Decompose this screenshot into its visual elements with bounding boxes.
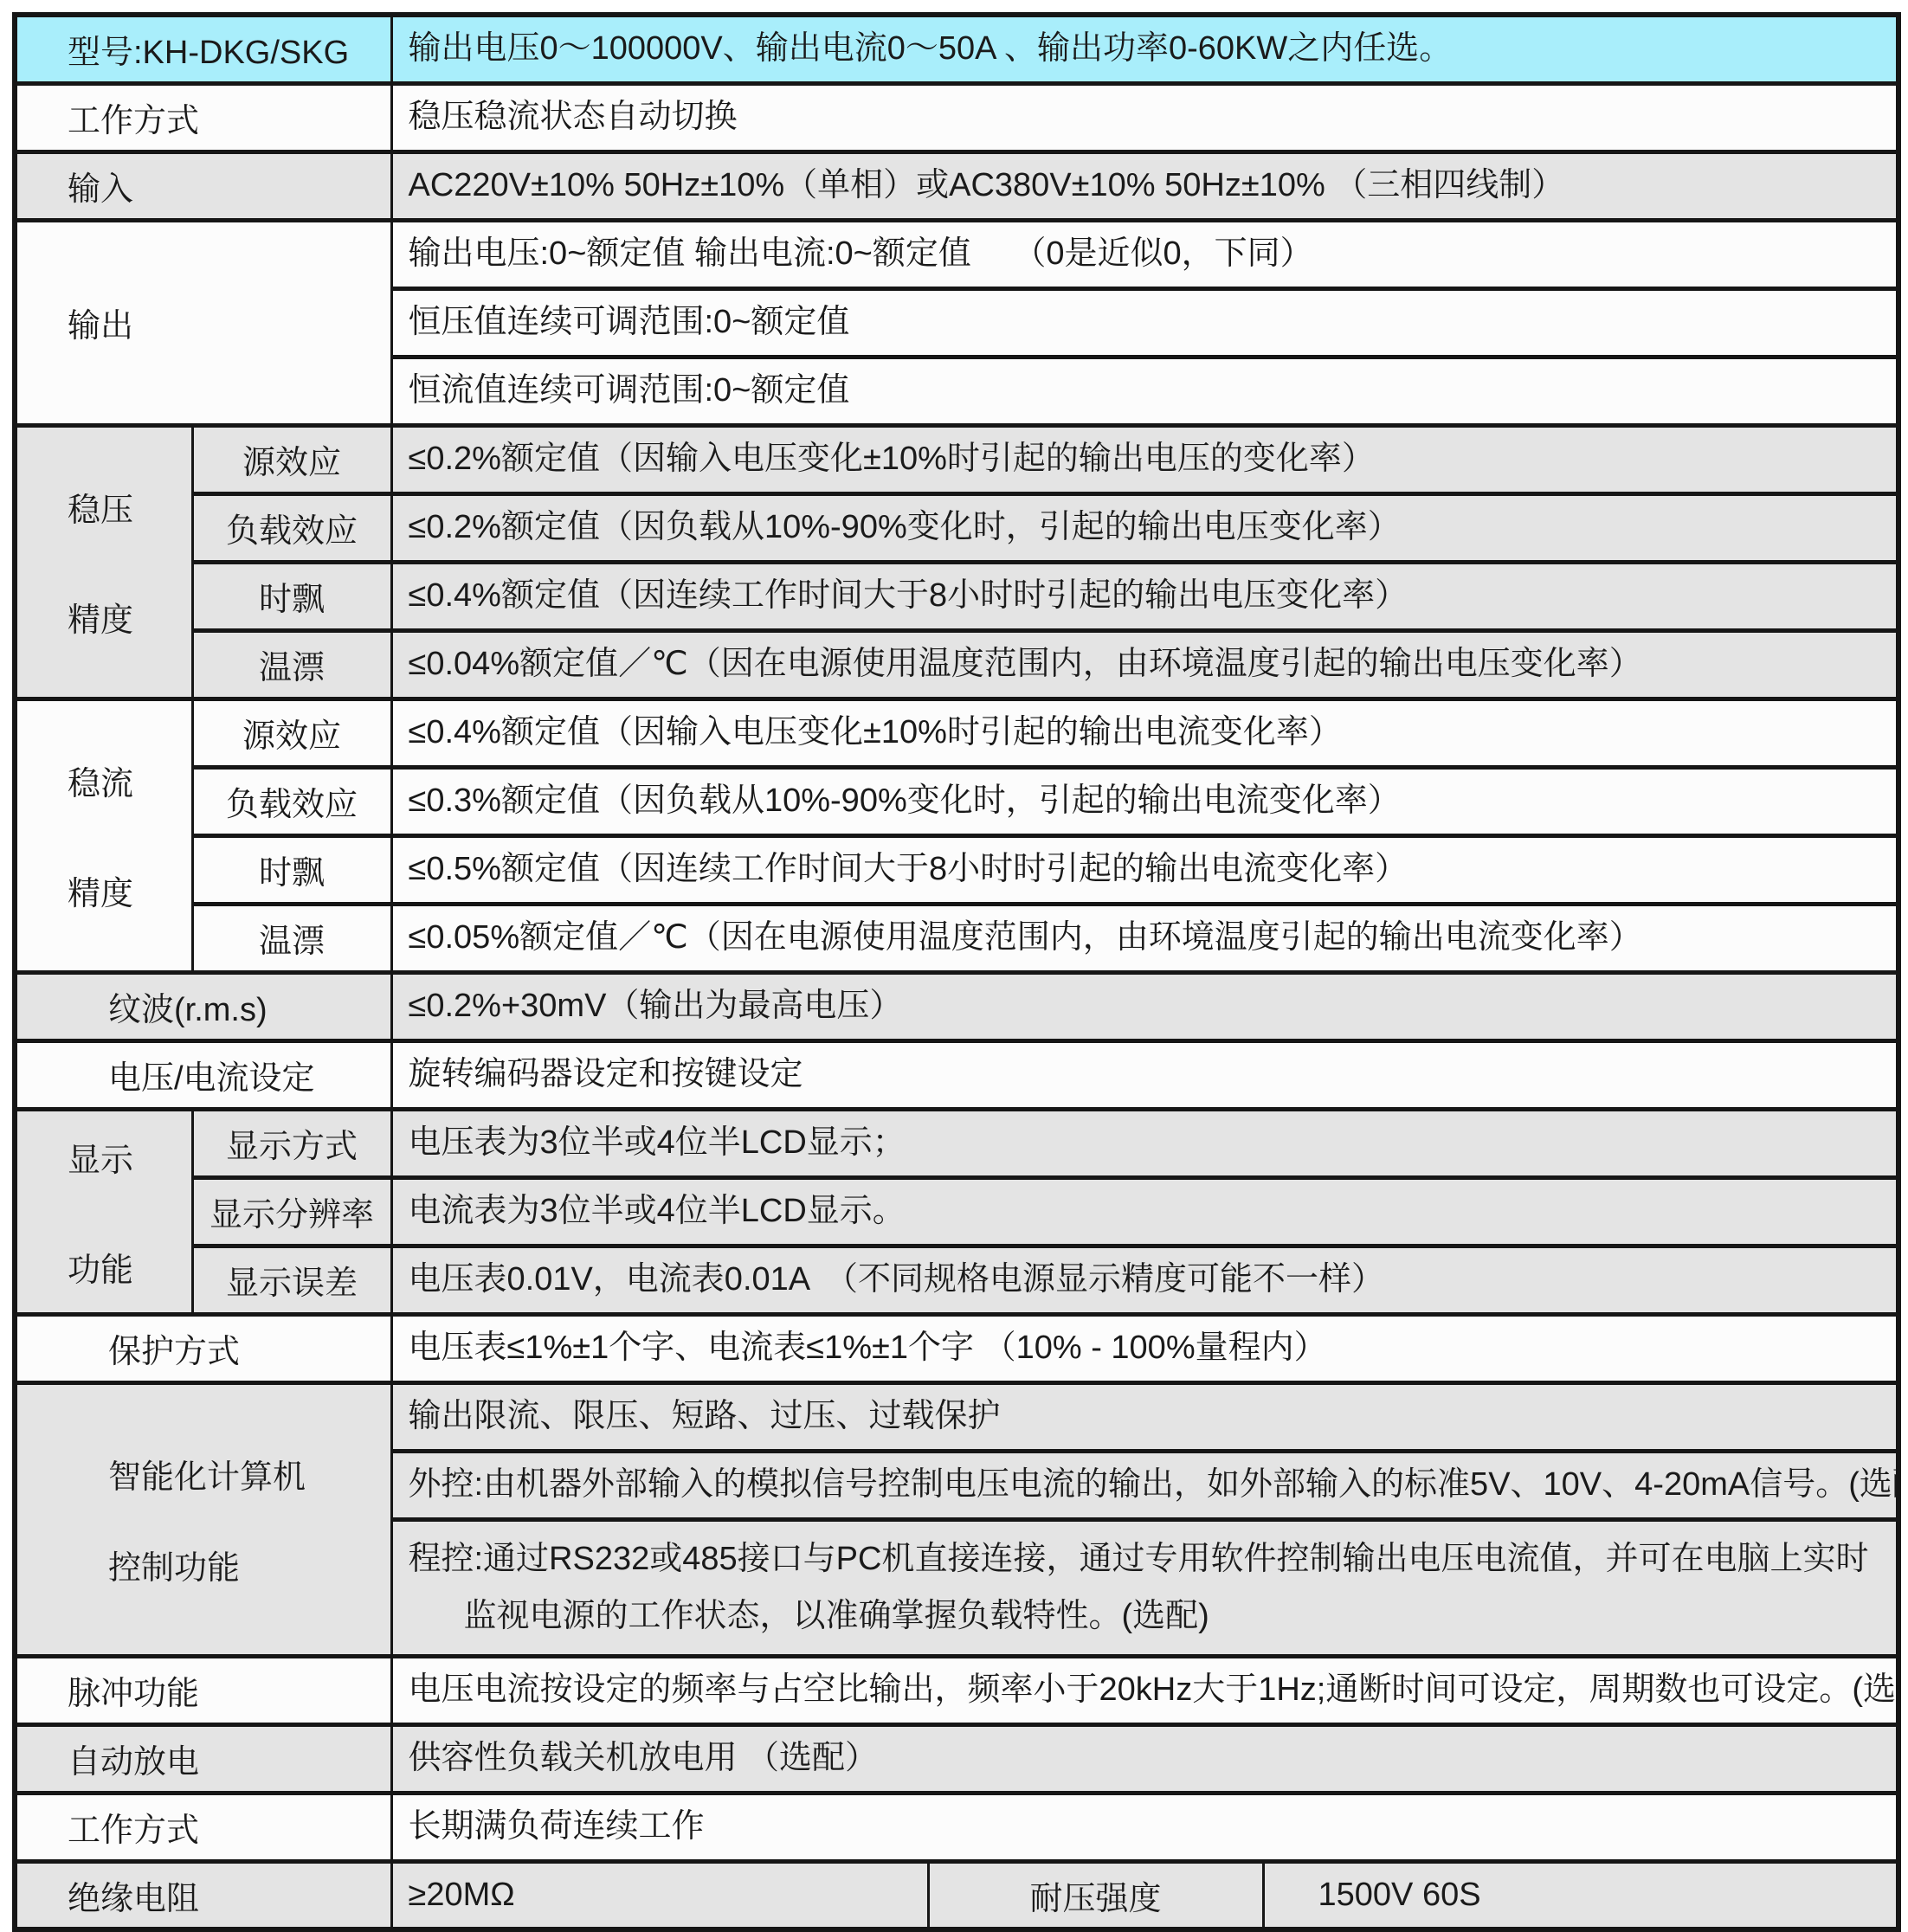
display-label-line1: 显示	[68, 1133, 190, 1181]
display-label-line2: 功能	[68, 1243, 190, 1291]
model-label-cell: 型号:KH-DKG/SKG	[15, 15, 391, 83]
creg-sub-label-3: 时飘	[192, 835, 391, 904]
pulse-label-cell: 脉冲功能	[15, 1656, 391, 1724]
current-regulation-label-line1: 稳流	[68, 757, 190, 804]
discharge-label-cell: 自动放电	[15, 1724, 391, 1793]
voltage-regulation-label-cell: 稳压 精度	[15, 425, 192, 699]
display-value-3: 电压表0.01V，电流表0.01A （不同规格电源显示精度可能不一样）	[391, 1246, 1898, 1314]
work-mode-bottom-value-cell: 长期满负荷连续工作	[391, 1793, 1898, 1861]
row-creg-4: 温漂 ≤0.05%额定值／℃（因在电源使用温度范围内，由环境温度引起的输出电流变…	[15, 904, 1898, 972]
output-value-cell-3: 恒流值连续可调范围:0~额定值	[391, 357, 1898, 425]
program-control-line2: 监视电源的工作状态，以准确掌握负载特性。(选配)	[409, 1587, 1896, 1645]
row-insulation: 绝缘电阻 ≥20MΩ 耐压强度 1500V 60S	[15, 1861, 1898, 1929]
protection-value-cell: 电压表≤1%±1个字、电流表≤1%±1个字 （10% - 100%量程内）	[391, 1314, 1898, 1382]
smart-control-value-2: 外控:由机器外部输入的模拟信号控制电压电流的输出，如外部输入的标准5V、10V、…	[391, 1451, 1898, 1519]
row-model: 型号:KH-DKG/SKG 输出电压0～100000V、输出电流0～50A 、输…	[15, 15, 1898, 83]
withstand-value-cell: 1500V 60S	[1263, 1861, 1898, 1929]
spec-table: 型号:KH-DKG/SKG 输出电压0～100000V、输出电流0～50A 、输…	[12, 12, 1901, 1932]
row-creg-3: 时飘 ≤0.5%额定值（因连续工作时间大于8小时时引起的输出电流变化率）	[15, 835, 1898, 904]
output-value-cell-2: 恒压值连续可调范围:0~额定值	[391, 288, 1898, 357]
display-sub-label-3: 显示误差	[192, 1246, 391, 1314]
row-vreg-2: 负载效应 ≤0.2%额定值（因负载从10%-90%变化时，引起的输出电压变化率）	[15, 493, 1898, 562]
row-vreg-4: 温漂 ≤0.04%额定值／℃（因在电源使用温度范围内，由环境温度引起的输出电压变…	[15, 630, 1898, 699]
creg-value-2: ≤0.3%额定值（因负载从10%-90%变化时，引起的输出电流变化率）	[391, 767, 1898, 835]
vreg-value-4: ≤0.04%额定值／℃（因在电源使用温度范围内，由环境温度引起的输出电压变化率）	[391, 630, 1898, 699]
vreg-sub-label-3: 时飘	[192, 562, 391, 630]
row-work-mode-top: 工作方式 稳压稳流状态自动切换	[15, 83, 1898, 151]
voltage-regulation-label-line1: 稳压	[68, 483, 190, 531]
protection-label-cell: 保护方式	[15, 1314, 391, 1382]
vreg-value-3: ≤0.4%额定值（因连续工作时间大于8小时时引起的输出电压变化率）	[391, 562, 1898, 630]
row-ripple: 纹波(r.m.s) ≤0.2%+30mV（输出为最高电压）	[15, 972, 1898, 1040]
vreg-sub-label-2: 负载效应	[192, 493, 391, 562]
insulation-label-cell: 绝缘电阻	[15, 1861, 391, 1929]
row-display-1: 显示 功能 显示方式 电压表为3位半或4位半LCD显示；	[15, 1109, 1898, 1177]
input-value-cell: AC220V±10% 50Hz±10%（单相）或AC380V±10% 50Hz±…	[391, 151, 1898, 220]
creg-value-3: ≤0.5%额定值（因连续工作时间大于8小时时引起的输出电流变化率）	[391, 835, 1898, 904]
creg-sub-label-1: 源效应	[192, 699, 391, 767]
row-vreg-1: 稳压 精度 源效应 ≤0.2%额定值（因输入电压变化±10%时引起的输出电压的变…	[15, 425, 1898, 493]
model-value-cell: 输出电压0～100000V、输出电流0～50A 、输出功率0-60KW之内任选。	[391, 15, 1898, 83]
display-value-2: 电流表为3位半或4位半LCD显示。	[391, 1177, 1898, 1246]
creg-sub-label-4: 温漂	[192, 904, 391, 972]
row-input: 输入 AC220V±10% 50Hz±10%（单相）或AC380V±10% 50…	[15, 151, 1898, 220]
smart-control-label-line2: 控制功能	[108, 1541, 390, 1588]
discharge-value-cell: 供容性负载关机放电用 （选配）	[391, 1724, 1898, 1793]
row-creg-2: 负载效应 ≤0.3%额定值（因负载从10%-90%变化时，引起的输出电流变化率）	[15, 767, 1898, 835]
row-discharge: 自动放电 供容性负载关机放电用 （选配）	[15, 1724, 1898, 1793]
current-regulation-label-cell: 稳流 精度	[15, 699, 192, 972]
work-mode-bottom-label-cell: 工作方式	[15, 1793, 391, 1861]
row-display-3: 显示误差 电压表0.01V，电流表0.01A （不同规格电源显示精度可能不一样）	[15, 1246, 1898, 1314]
row-vreg-3: 时飘 ≤0.4%额定值（因连续工作时间大于8小时时引起的输出电压变化率）	[15, 562, 1898, 630]
setting-value-cell: 旋转编码器设定和按键设定	[391, 1040, 1898, 1109]
smart-control-value-3: 程控:通过RS232或485接口与PC机直接连接，通过专用软件控制输出电压电流值…	[391, 1519, 1898, 1656]
display-sub-label-2: 显示分辨率	[192, 1177, 391, 1246]
ripple-label-cell: 纹波(r.m.s)	[15, 972, 391, 1040]
row-pulse: 脉冲功能 电压电流按设定的频率与占空比输出，频率小于20kHz大于1Hz;通断时…	[15, 1656, 1898, 1724]
row-setting: 电压/电流设定 旋转编码器设定和按键设定	[15, 1040, 1898, 1109]
creg-value-4: ≤0.05%额定值／℃（因在电源使用温度范围内，由环境温度引起的输出电流变化率）	[391, 904, 1898, 972]
vreg-value-1: ≤0.2%额定值（因输入电压变化±10%时引起的输出电压的变化率）	[391, 425, 1898, 493]
insulation-value-cell: ≥20MΩ	[391, 1861, 928, 1929]
row-creg-1: 稳流 精度 源效应 ≤0.4%额定值（因输入电压变化±10%时引起的输出电流变化…	[15, 699, 1898, 767]
work-mode-top-value-cell: 稳压稳流状态自动切换	[391, 83, 1898, 151]
input-label-cell: 输入	[15, 151, 391, 220]
output-value-cell-1: 输出电压:0~额定值 输出电流:0~额定值 （0是近似0，下同）	[391, 220, 1898, 288]
current-regulation-label-line2: 精度	[68, 866, 190, 914]
display-sub-label-1: 显示方式	[192, 1109, 391, 1177]
creg-value-1: ≤0.4%额定值（因输入电压变化±10%时引起的输出电流变化率）	[391, 699, 1898, 767]
spec-sheet: 型号:KH-DKG/SKG 输出电压0～100000V、输出电流0～50A 、输…	[12, 12, 1901, 1932]
output-label-cell: 输出	[15, 220, 391, 425]
display-value-1: 电压表为3位半或4位半LCD显示；	[391, 1109, 1898, 1177]
vreg-sub-label-1: 源效应	[192, 425, 391, 493]
program-control-line1: 程控:通过RS232或485接口与PC机直接连接，通过专用软件控制输出电压电流值…	[409, 1530, 1896, 1588]
row-protection: 保护方式 电压表≤1%±1个字、电流表≤1%±1个字 （10% - 100%量程…	[15, 1314, 1898, 1382]
work-mode-top-label-cell: 工作方式	[15, 83, 391, 151]
voltage-regulation-label-line2: 精度	[68, 593, 190, 641]
setting-label-cell: 电压/电流设定	[15, 1040, 391, 1109]
vreg-sub-label-4: 温漂	[192, 630, 391, 699]
smart-control-value-1: 输出限流、限压、短路、过压、过载保护	[391, 1382, 1898, 1451]
smart-control-label-cell: 智能化计算机 控制功能	[15, 1382, 391, 1656]
display-label-cell: 显示 功能	[15, 1109, 192, 1314]
ripple-value-cell: ≤0.2%+30mV（输出为最高电压）	[391, 972, 1898, 1040]
smart-control-label-line1: 智能化计算机	[108, 1450, 390, 1497]
vreg-value-2: ≤0.2%额定值（因负载从10%-90%变化时，引起的输出电压变化率）	[391, 493, 1898, 562]
row-display-2: 显示分辨率 电流表为3位半或4位半LCD显示。	[15, 1177, 1898, 1246]
pulse-value-cell: 电压电流按设定的频率与占空比输出，频率小于20kHz大于1Hz;通断时间可设定，…	[391, 1656, 1898, 1724]
row-work-mode-bottom: 工作方式 长期满负荷连续工作	[15, 1793, 1898, 1861]
creg-sub-label-2: 负载效应	[192, 767, 391, 835]
withstand-label-cell: 耐压强度	[928, 1861, 1263, 1929]
row-smart-1: 智能化计算机 控制功能 输出限流、限压、短路、过压、过载保护	[15, 1382, 1898, 1451]
row-output-1: 输出 输出电压:0~额定值 输出电流:0~额定值 （0是近似0，下同）	[15, 220, 1898, 288]
